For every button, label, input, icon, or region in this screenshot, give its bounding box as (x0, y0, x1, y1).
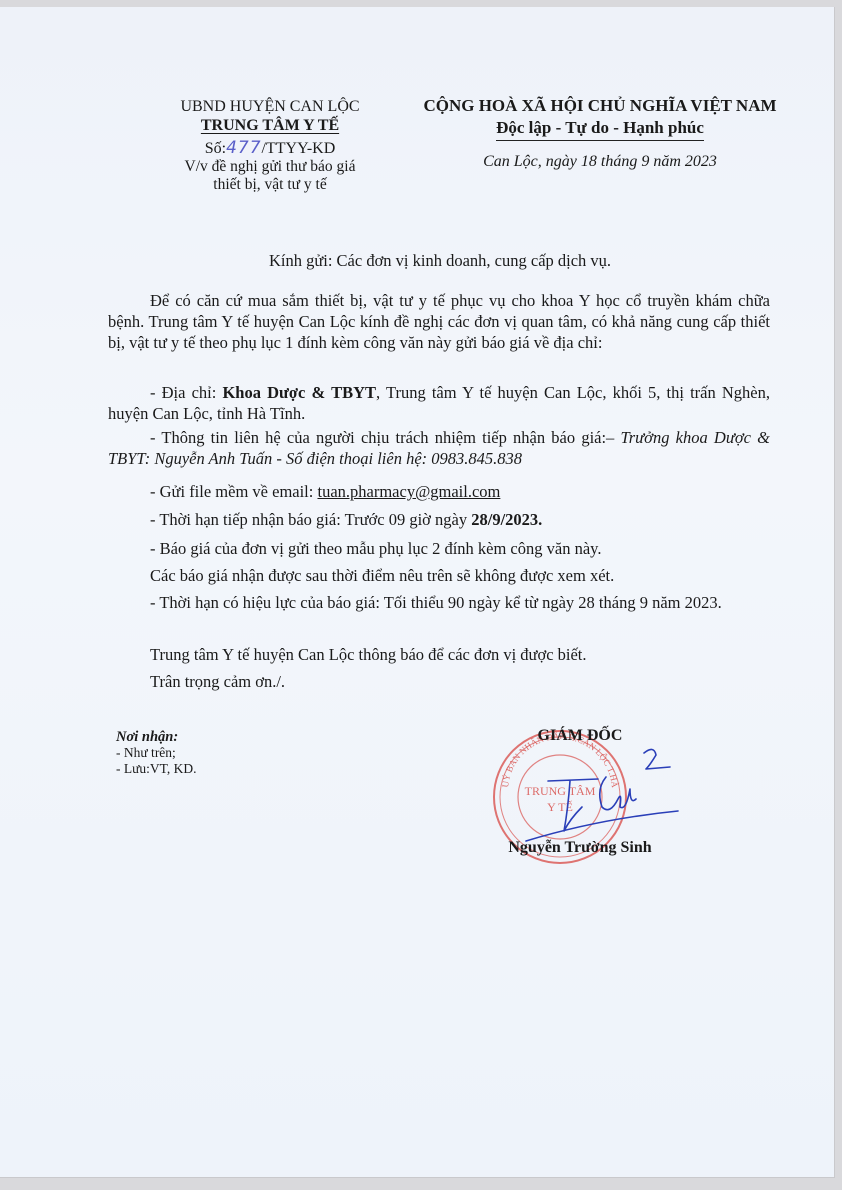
intro-paragraph: Để có căn cứ mua sắm thiết bị, vật tư y … (108, 290, 770, 353)
deadline-paragraph: - Thời hạn tiếp nhận báo giá: Trước 09 g… (108, 509, 770, 530)
document-page: UBND HUYỆN CAN LỘC TRUNG TÂM Y TẾ Số:477… (0, 7, 835, 1178)
issuer-header: UBND HUYỆN CAN LỘC TRUNG TÂM Y TẾ Số:477… (140, 97, 400, 194)
subject-line-1: V/v đề nghị gửi thư báo giá (140, 158, 400, 176)
email-paragraph: - Gửi file mềm về email: tuan.pharmacy@g… (108, 481, 770, 502)
authority-name: UBND HUYỆN CAN LỘC (140, 97, 400, 116)
address-label: - Địa chỉ: (150, 383, 222, 402)
recipient-item: - Như trên; (116, 745, 197, 761)
signatory-title: GIÁM ĐỐC (490, 727, 670, 745)
recipient-item: - Lưu:VT, KD. (116, 761, 197, 777)
handwritten-number: 477 (226, 138, 261, 158)
document-number: Số:477/TTYY-KD (140, 139, 400, 158)
notice-paragraph: Trung tâm Y tế huyện Can Lộc thông báo đ… (108, 644, 770, 665)
place-date: Can Lộc, ngày 18 tháng 9 năm 2023 (400, 153, 800, 171)
thanks-paragraph: Trân trọng cảm ơn./. (108, 671, 770, 692)
recipients-block: Nơi nhận: - Như trên; - Lưu:VT, KD. (116, 729, 197, 777)
greeting: Kính gửi: Các đơn vị kinh doanh, cung cấ… (100, 251, 780, 271)
email-label: - Gửi file mềm về email: (150, 482, 317, 501)
unit-name: TRUNG TÂM Y TẾ (140, 116, 400, 135)
subject-line-2: thiết bị, vật tư y tế (140, 176, 400, 194)
template-note: - Báo giá của đơn vị gửi theo mẫu phụ lụ… (108, 538, 770, 559)
address-department: Khoa Dược & TBYT (222, 383, 376, 402)
signatory-name: Nguyễn Trường Sinh (470, 839, 690, 857)
contact-label: - Thông tin liên hệ của người chịu trách… (150, 428, 621, 447)
deadline-date: 28/9/2023. (471, 510, 542, 529)
stamp-inner-line-1: TRUNG TÂM (525, 784, 596, 798)
deadline-label: - Thời hạn tiếp nhận báo giá: Trước 09 g… (150, 510, 471, 529)
national-header: CỘNG HOÀ XÃ HỘI CHỦ NGHĨA VIỆT NAM Độc l… (400, 95, 800, 171)
nation-title: CỘNG HOÀ XÃ HỘI CHỦ NGHĨA VIỆT NAM (400, 95, 800, 117)
national-motto: Độc lập - Tự do - Hạnh phúc (496, 117, 704, 141)
contact-paragraph: - Thông tin liên hệ của người chịu trách… (108, 427, 770, 469)
number-suffix: /TTYY-KD (262, 140, 336, 157)
number-prefix: Số: (205, 140, 226, 157)
late-note: Các báo giá nhận được sau thời điểm nêu … (108, 565, 770, 586)
recipients-title: Nơi nhận: (116, 729, 197, 745)
email-link[interactable]: tuan.pharmacy@gmail.com (317, 482, 500, 501)
address-paragraph: - Địa chỉ: Khoa Dược & TBYT, Trung tâm Y… (108, 382, 770, 424)
validity-paragraph: - Thời hạn có hiệu lực của báo giá: Tối … (108, 592, 770, 613)
